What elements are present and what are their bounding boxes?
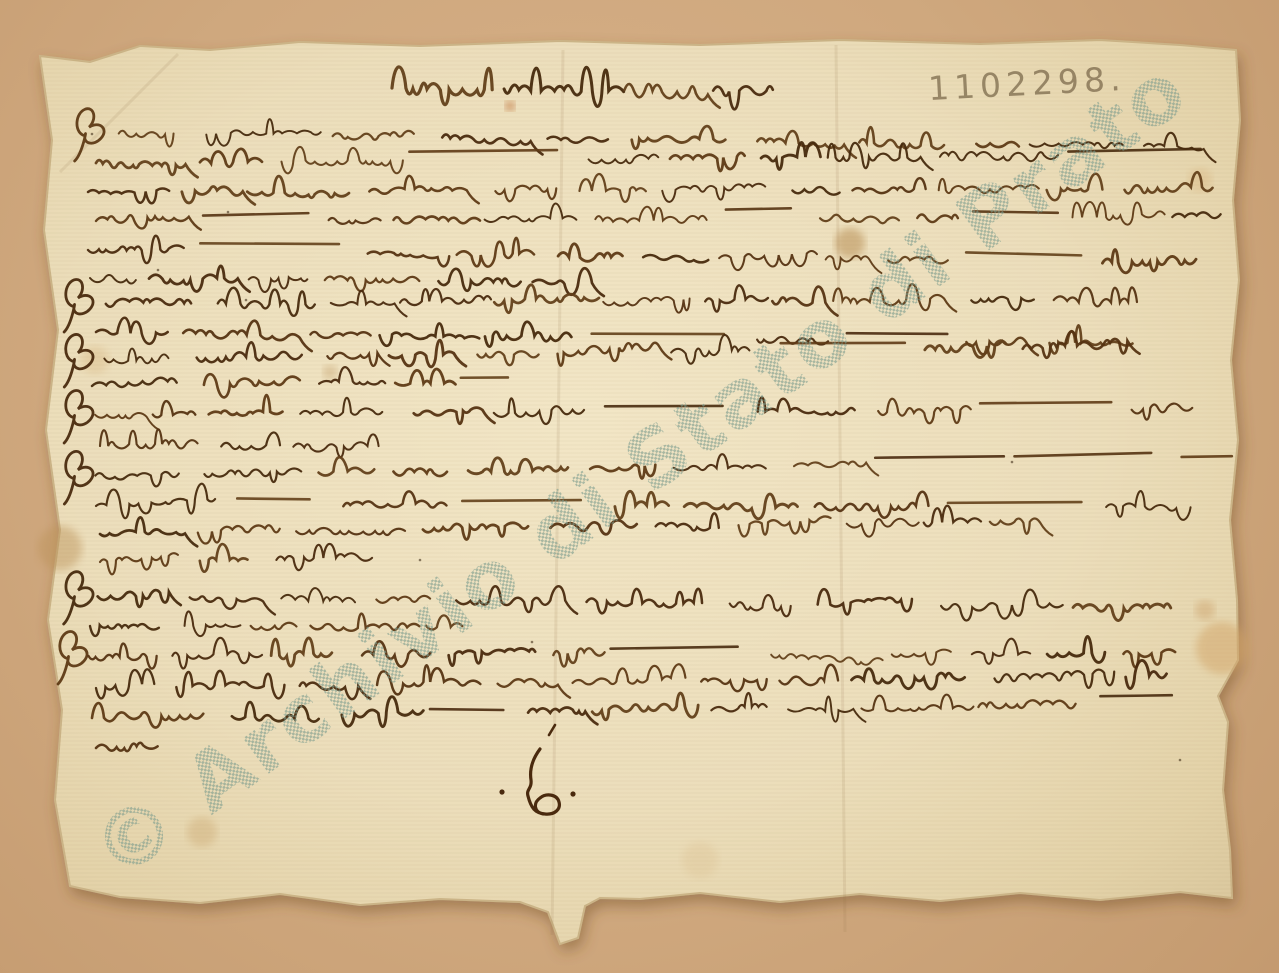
paper-stain-1 <box>835 228 865 258</box>
signature-dot-right <box>570 791 575 796</box>
paper-stain-5 <box>1195 600 1215 620</box>
document-scan-canvas <box>0 0 1279 973</box>
line-filler-dash <box>462 500 580 501</box>
line-filler-dash <box>430 708 503 711</box>
paper-laid-texture <box>40 40 1240 944</box>
ink-speck-3 <box>531 641 534 644</box>
paper-stain-7 <box>323 365 337 379</box>
line-filler-dash <box>973 211 1058 213</box>
line-filler-dash <box>726 208 791 209</box>
line-filler-dash <box>409 150 557 152</box>
ink-speck-4 <box>1011 461 1014 464</box>
line-filler-dash <box>948 502 1081 503</box>
line-filler-dash <box>592 332 724 335</box>
line-filler-dash <box>1182 456 1232 457</box>
line-filler-dash <box>1100 695 1171 696</box>
line-filler-dash <box>781 342 905 344</box>
line-filler-dash <box>980 402 1111 403</box>
paper-stain-2 <box>505 101 515 111</box>
line-filler-dash <box>875 456 1004 458</box>
line-filler-dash <box>200 242 339 245</box>
paper-stain-6 <box>187 817 217 847</box>
line-filler-dash <box>847 333 947 335</box>
ink-speck-1 <box>227 211 230 214</box>
paper-stain-4 <box>1196 622 1248 674</box>
signature-dot-left <box>499 789 504 794</box>
line-filler-dash <box>461 377 508 378</box>
paper-stain-10 <box>682 842 718 878</box>
screenshot-root: { "document": { "kind": "archival scan o… <box>0 0 1279 973</box>
ink-speck-6 <box>245 299 248 302</box>
line-filler-dash <box>605 406 722 407</box>
ink-speck-8 <box>419 559 422 562</box>
paper-stain-3 <box>38 526 82 570</box>
ink-speck-7 <box>1179 759 1182 762</box>
ink-speck-5 <box>91 133 94 136</box>
line-filler-dash <box>237 498 309 499</box>
ink-speck-2 <box>157 269 160 272</box>
